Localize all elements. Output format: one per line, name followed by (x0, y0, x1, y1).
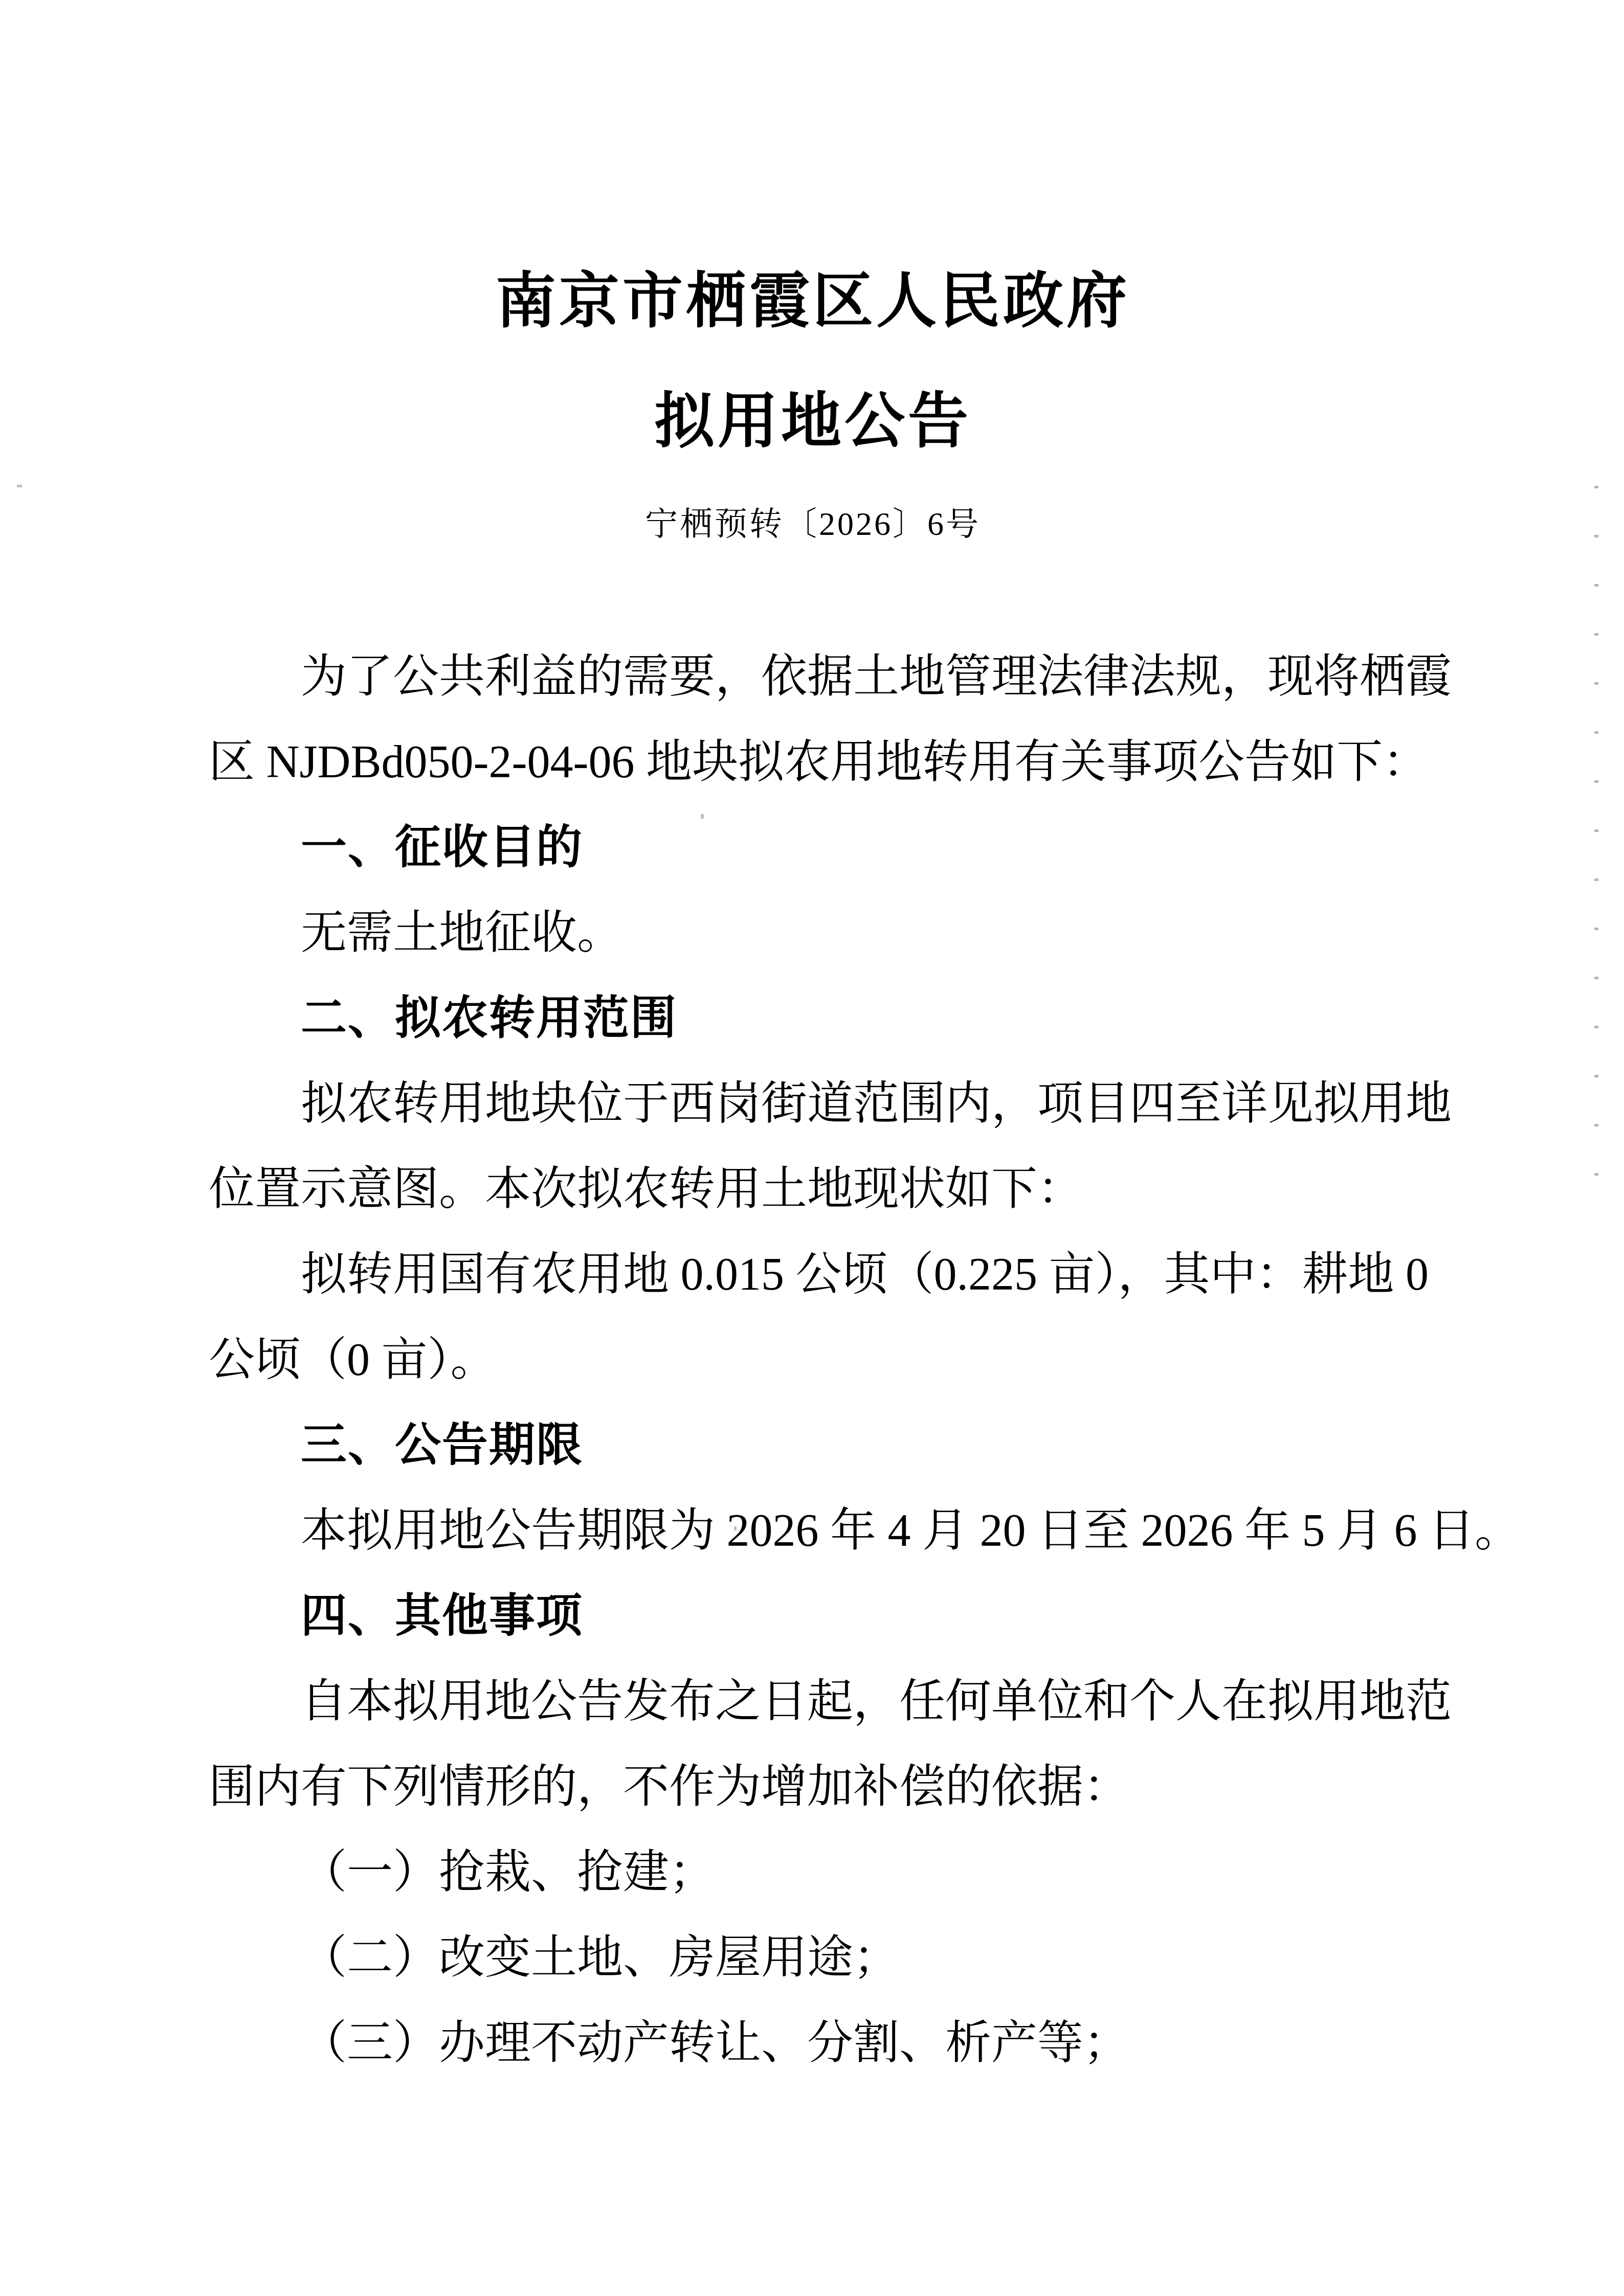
document-content: 南京市栖霞区人民政府 拟用地公告 宁栖预转〔2026〕6号 为了公共利益的需要，… (209, 0, 1417, 2086)
scan-speck (701, 814, 704, 819)
body-line: 公顷（0 亩）。 (209, 1317, 1417, 1403)
document-body: 为了公共利益的需要，依据土地管理法律法规，现将栖霞 区 NJDBd050-2-0… (209, 634, 1417, 2086)
list-item-1: （一）抢栽、抢建； (209, 1830, 1417, 1915)
body-line: 自本拟用地公告发布之日起，任何单位和个人在拟用地范 (209, 1659, 1417, 1744)
scan-speck (17, 485, 22, 487)
body-line: 拟农转用地块位于西岗街道范围内，项目四至详见拟用地 (209, 1061, 1417, 1146)
scan-speck (734, 1526, 737, 1530)
section-heading-1: 一、征收目的 (209, 805, 1417, 890)
section-heading-4: 四、其他事项 (209, 1573, 1417, 1659)
section-heading-3: 三、公告期限 (209, 1403, 1417, 1488)
section-heading-2: 二、拟农转用范围 (209, 976, 1417, 1061)
document-title-line-2: 拟用地公告 (209, 386, 1417, 458)
body-line: 本拟用地公告期限为 2026 年 4 月 20 日至 2026 年 5 月 6 … (209, 1488, 1417, 1573)
body-line: 位置示意图。本次拟农转用土地现状如下： (209, 1146, 1417, 1232)
scanned-document-page: 南京市栖霞区人民政府 拟用地公告 宁栖预转〔2026〕6号 为了公共利益的需要，… (0, 0, 1624, 2296)
document-title-line-1: 南京市栖霞区人民政府 (209, 266, 1417, 337)
body-line: 拟转用国有农用地 0.015 公顷（0.225 亩），其中：耕地 0 (209, 1232, 1417, 1317)
body-line: 为了公共利益的需要，依据土地管理法律法规，现将栖霞 (209, 634, 1417, 719)
body-line: 区 NJDBd050-2-04-06 地块拟农用地转用有关事项公告如下： (209, 719, 1417, 805)
list-item-2: （二）改变土地、房屋用途； (209, 1915, 1417, 2000)
document-number: 宁栖预转〔2026〕6号 (209, 504, 1417, 545)
list-item-3: （三）办理不动产转让、分割、析产等； (209, 2000, 1417, 2086)
body-line: 无需土地征收。 (209, 890, 1417, 976)
body-line: 围内有下列情形的，不作为增加补偿的依据： (209, 1744, 1417, 1830)
scan-edge-noise (1590, 486, 1603, 1212)
